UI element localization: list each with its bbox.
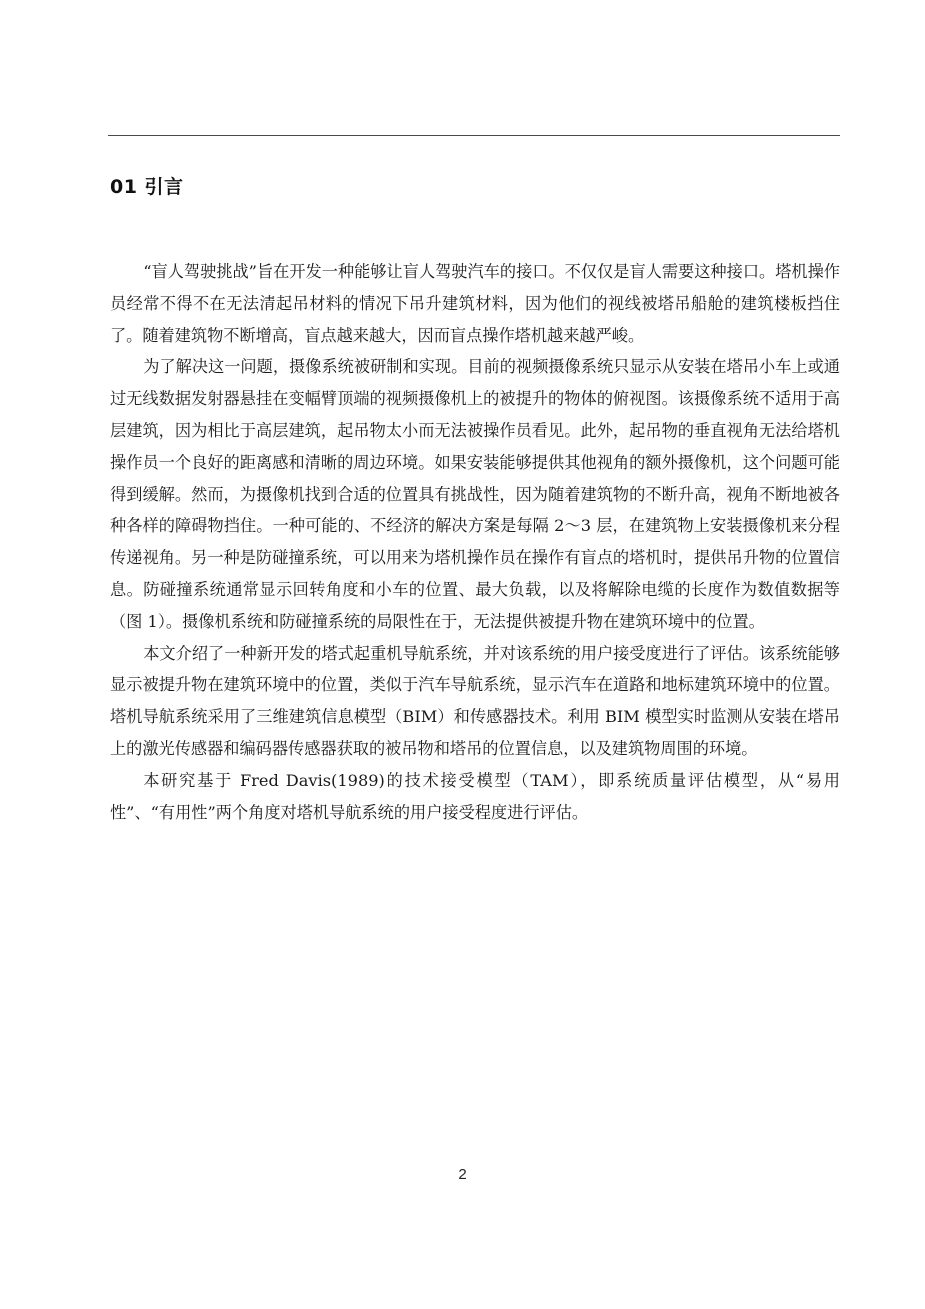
body-text: “盲人驾驶挑战”旨在开发一种能够让盲人驾驶汽车的接口。不仅仅是盲人需要这种接口。… [110,256,840,828]
paragraph-2: 为了解决这一问题，摄像系统被研制和实现。目前的视频摄像系统只显示从安装在塔吊小车… [110,351,840,637]
header-rule [108,135,840,136]
page-number: 2 [0,1166,925,1183]
document-page: 01 引言 “盲人驾驶挑战”旨在开发一种能够让盲人驾驶汽车的接口。不仅仅是盲人需… [0,0,925,1309]
section-title: 01 引言 [110,172,184,199]
paragraph-1: “盲人驾驶挑战”旨在开发一种能够让盲人驾驶汽车的接口。不仅仅是盲人需要这种接口。… [110,256,840,351]
paragraph-3: 本文介绍了一种新开发的塔式起重机导航系统，并对该系统的用户接受度进行了评估。该系… [110,638,840,765]
paragraph-4: 本研究基于 Fred Davis(1989)的技术接受模型（TAM），即系统质量… [110,765,840,829]
